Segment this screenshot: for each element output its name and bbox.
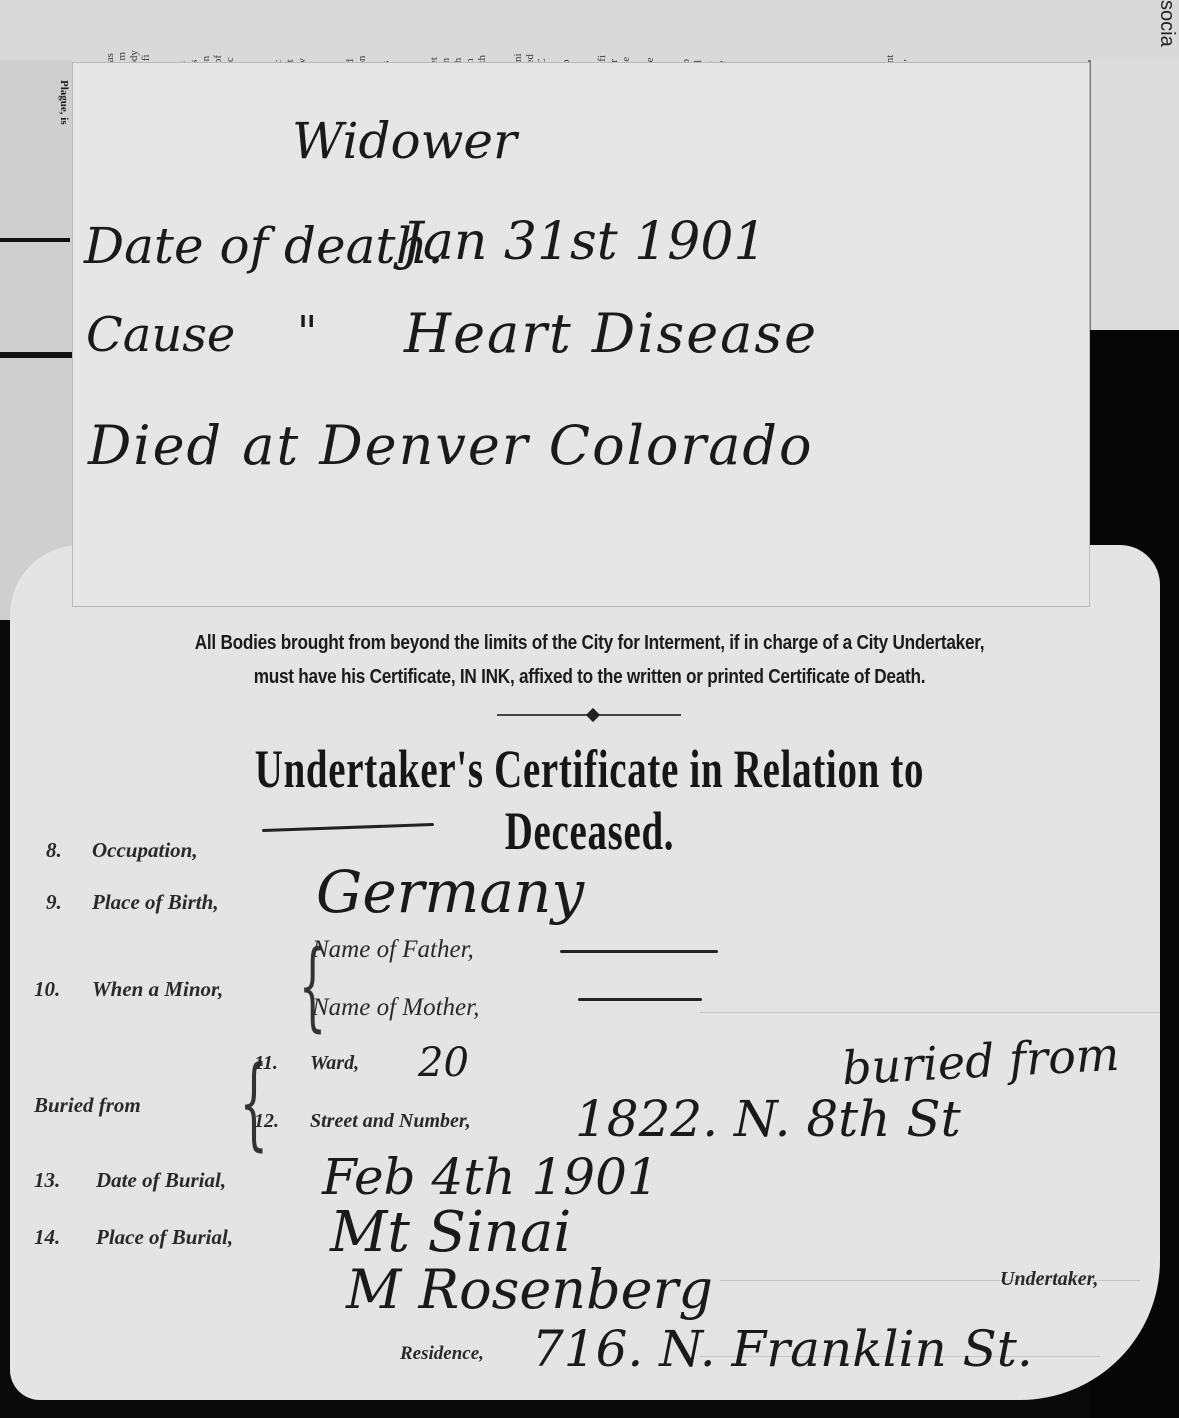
date-of-death-label: Date of death.: [84, 217, 444, 275]
residence-label: Residence,: [400, 1343, 484, 1365]
form-title: Undertaker's Certificate in Relation to …: [165, 738, 1014, 862]
spine-text: Plague, is: [56, 80, 70, 200]
place-of-death: Died at Denver Colorado: [88, 414, 813, 477]
ward-value: 20: [418, 1040, 469, 1086]
occupation-number: 8.: [46, 838, 62, 863]
ward-label: Ward,: [310, 1052, 359, 1075]
father-label: Name of Father,: [312, 936, 474, 964]
birthplace-value: Germany: [316, 858, 584, 926]
marital-status: Widower: [292, 112, 517, 170]
ruled-line: [700, 1012, 1160, 1013]
street-label: Street and Number,: [310, 1110, 471, 1133]
birthplace-label: Place of Birth,: [92, 890, 219, 915]
mother-value-dash: [578, 998, 702, 1001]
minor-label: When a Minor,: [92, 977, 223, 1002]
right-paper-edge: [1088, 60, 1179, 330]
occupation-label: Occupation,: [92, 838, 198, 863]
burial-date-value: Feb 4th 1901: [322, 1148, 659, 1206]
burial-place-value: Mt Sinai: [330, 1200, 571, 1265]
residence-value: 716. N. Franklin St.: [532, 1320, 1033, 1378]
undertaker-label: Undertaker,: [1000, 1268, 1098, 1291]
burial-place-label: Place of Burial,: [96, 1225, 233, 1250]
notice-line-2: must have his Certificate, IN INK, affix…: [83, 666, 1097, 689]
buried-from-label: Buried from: [34, 1093, 141, 1118]
date-of-death-value: Jan 31st 1901: [402, 212, 766, 272]
cause-label: Cause: [86, 307, 235, 363]
mother-label: Name of Mother,: [312, 994, 479, 1022]
street-number: 12.: [254, 1110, 279, 1133]
minor-number: 10.: [34, 977, 60, 1002]
right-edge-text: socia: [1150, 0, 1178, 62]
left-rule-line: [0, 352, 72, 358]
birthplace-number: 9.: [46, 890, 62, 915]
left-rule-line: [0, 238, 70, 242]
ward-number: 11.: [254, 1052, 278, 1075]
notice-line-1: All Bodies brought from beyond the limit…: [83, 632, 1097, 655]
street-value: 1822. N. 8th St: [575, 1090, 961, 1148]
cause-ditto-mark: ": [297, 307, 317, 358]
burial-date-label: Date of Burial,: [96, 1168, 226, 1193]
undertaker-signature: M Rosenberg: [346, 1258, 713, 1321]
burial-date-number: 13.: [34, 1168, 60, 1193]
father-value-dash: [560, 950, 718, 953]
cause-value: Heart Disease: [404, 302, 818, 365]
burial-place-number: 14.: [34, 1225, 60, 1250]
